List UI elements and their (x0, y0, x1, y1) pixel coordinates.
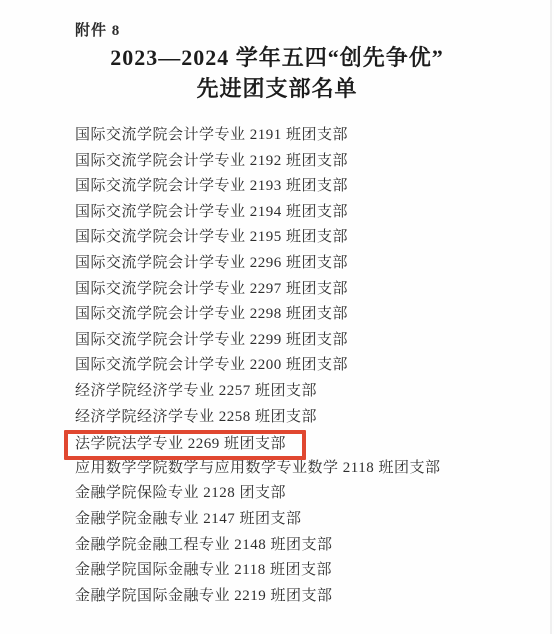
list-item-text: 金融学院金融专业 2147 班团支部 (75, 511, 302, 527)
branch-list: 国际交流学院会计学专业 2191 班团支部 国际交流学院会计学专业 2192 班… (75, 123, 544, 609)
list-item: 金融学院金融专业 2147 班团支部 (75, 507, 544, 533)
list-item: 国际交流学院会计学专业 2193 班团支部 (75, 174, 544, 200)
list-item: 国际交流学院会计学专业 2297 班团支部 (75, 277, 544, 303)
highlight-annotation-box: 法学院法学专业 2269 班团支部 (64, 430, 306, 460)
list-item-text: 国际交流学院会计学专业 2299 班团支部 (75, 332, 348, 348)
list-item-text: 金融学院金融工程专业 2148 班团支部 (75, 537, 333, 553)
list-item-highlighted: 法学院法学专业 2269 班团支部 (75, 430, 544, 456)
list-item-text: 国际交流学院会计学专业 2193 班团支部 (75, 178, 348, 194)
list-item: 金融学院金融工程专业 2148 班团支部 (75, 533, 544, 559)
list-item-text: 经济学院经济学专业 2258 班团支部 (75, 409, 317, 425)
list-item: 经济学院经济学专业 2258 班团支部 (75, 405, 544, 431)
list-item: 金融学院国际金融专业 2219 班团支部 (75, 584, 544, 610)
list-item-text: 国际交流学院会计学专业 2200 班团支部 (75, 357, 348, 373)
list-item: 国际交流学院会计学专业 2192 班团支部 (75, 149, 544, 175)
list-item-text: 金融学院国际金融专业 2219 班团支部 (75, 588, 333, 604)
list-item: 国际交流学院会计学专业 2194 班团支部 (75, 200, 544, 226)
document-title: 2023—2024 学年五四“创先争优” 先进团支部名单 (0, 42, 554, 104)
list-item-text: 经济学院经济学专业 2257 班团支部 (75, 383, 317, 399)
list-item-text: 法学院法学专业 2269 班团支部 (75, 436, 286, 452)
title-line-2: 先进团支部名单 (0, 73, 554, 104)
list-item-text: 国际交流学院会计学专业 2297 班团支部 (75, 281, 348, 297)
list-item: 国际交流学院会计学专业 2299 班团支部 (75, 328, 544, 354)
list-item: 国际交流学院会计学专业 2200 班团支部 (75, 353, 544, 379)
list-item-text: 国际交流学院会计学专业 2192 班团支部 (75, 153, 348, 169)
list-item-text: 金融学院保险专业 2128 团支部 (75, 485, 286, 501)
list-item-text: 国际交流学院会计学专业 2298 班团支部 (75, 306, 348, 322)
list-item: 金融学院国际金融专业 2118 班团支部 (75, 558, 544, 584)
list-item: 金融学院保险专业 2128 团支部 (75, 481, 544, 507)
list-item: 国际交流学院会计学专业 2195 班团支部 (75, 225, 544, 251)
list-item-text: 国际交流学院会计学专业 2194 班团支部 (75, 204, 348, 220)
list-item: 国际交流学院会计学专业 2296 班团支部 (75, 251, 544, 277)
list-item: 国际交流学院会计学专业 2191 班团支部 (75, 123, 544, 149)
title-line-1: 2023—2024 学年五四“创先争优” (0, 42, 554, 73)
list-item-text: 金融学院国际金融专业 2118 班团支部 (75, 562, 332, 578)
list-item-text: 应用数学学院数学与应用数学专业数学 2118 班团支部 (75, 460, 440, 476)
list-item: 国际交流学院会计学专业 2298 班团支部 (75, 302, 544, 328)
attachment-label: 附件 8 (75, 19, 120, 40)
list-item-text: 国际交流学院会计学专业 2296 班团支部 (75, 255, 348, 271)
list-item-text: 国际交流学院会计学专业 2191 班团支部 (75, 127, 348, 143)
list-item-text: 国际交流学院会计学专业 2195 班团支部 (75, 229, 348, 245)
list-item: 经济学院经济学专业 2257 班团支部 (75, 379, 544, 405)
document-page: 附件 8 2023—2024 学年五四“创先争优” 先进团支部名单 国际交流学院… (0, 0, 554, 634)
